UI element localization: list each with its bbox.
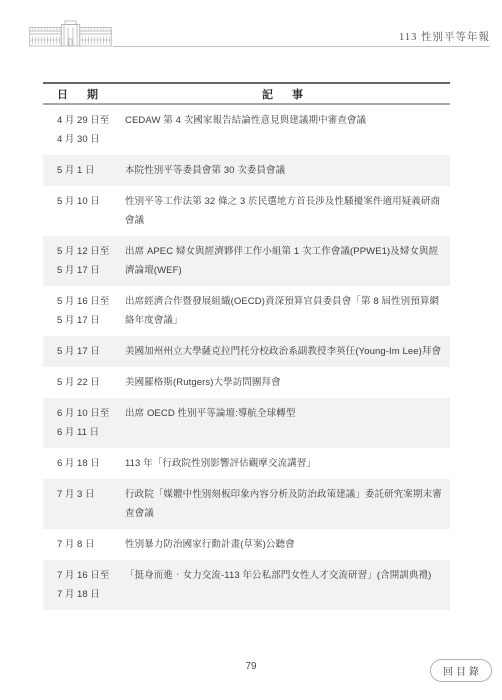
- events-table: 日 期 記 事 4 月 29 日至 4 月 30 日 CEDAW 第 4 次國家…: [43, 82, 450, 610]
- table-row: 7 月 3 日 行政院「媒體中性別刻板印象內容分析及防治政策建議」委託研究案期末…: [43, 479, 450, 529]
- date-cell: 5 月 1 日: [43, 161, 125, 180]
- event-cell: 行政院「媒體中性別刻板印象內容分析及防治政策建議」委託研究案期末審查會議: [125, 485, 450, 523]
- report-title: 113 性別平等年報: [399, 29, 490, 44]
- event-cell: 出席經濟合作暨發展組織(OECD)資深預算官員委員會「第 8 屆性別預算網絡年度…: [125, 292, 450, 330]
- column-header-event: 記 事: [125, 86, 450, 102]
- table-row: 5 月 1 日 本院性別平等委員會第 30 次委員會議: [43, 155, 450, 186]
- event-cell: 出席 APEC 婦女與經濟夥伴工作小組第 1 次工作會議(PPWE1)及婦女與經…: [125, 242, 450, 280]
- event-cell: 「挺身而進‧女力交流-113 年公私部門女性人才交流研習」(含開訓典禮): [125, 566, 450, 604]
- date-cell: 5 月 16 日至 5 月 17 日: [43, 292, 125, 330]
- event-cell: 性別平等工作法第 32 條之 3 於民選地方首長涉及性騷擾案件適用疑義研商會議: [125, 192, 450, 230]
- table-body: 4 月 29 日至 4 月 30 日 CEDAW 第 4 次國家報告結論性意見與…: [43, 105, 450, 610]
- column-header-date: 日 期: [43, 86, 125, 102]
- yearbook-page: 113 性別平等年報 日 期 記 事 4 月 29 日至 4 月 30 日 CE…: [0, 0, 502, 700]
- date-cell: 5 月 12 日至 5 月 17 日: [43, 242, 125, 280]
- date-cell: 4 月 29 日至 4 月 30 日: [43, 111, 125, 149]
- table-row: 7 月 8 日 性別暴力防治國家行動計畫(草案)公聽會: [43, 529, 450, 560]
- date-cell: 7 月 3 日: [43, 485, 125, 523]
- date-cell: 6 月 18 日: [43, 454, 125, 473]
- table-row: 6 月 18 日 113 年「行政院性別影響評估觀摩交流講習」: [43, 448, 450, 479]
- event-cell: 本院性別平等委員會第 30 次委員會議: [125, 161, 450, 180]
- table-row: 5 月 22 日 美國羅格斯(Rutgers)大學訪問團拜會: [43, 367, 450, 398]
- event-cell: 113 年「行政院性別影響評估觀摩交流講習」: [125, 454, 450, 473]
- header-rule: [113, 46, 490, 47]
- event-cell: 性別暴力防治國家行動計畫(草案)公聽會: [125, 535, 450, 554]
- table-row: 5 月 12 日至 5 月 17 日 出席 APEC 婦女與經濟夥伴工作小組第 …: [43, 236, 450, 286]
- date-cell: 7 月 16 日至 7 月 18 日: [43, 566, 125, 604]
- building-logo-icon: [29, 20, 112, 52]
- table-row: 7 月 16 日至 7 月 18 日 「挺身而進‧女力交流-113 年公私部門女…: [43, 560, 450, 610]
- event-cell: 美國羅格斯(Rutgers)大學訪問團拜會: [125, 373, 450, 392]
- table-row: 5 月 16 日至 5 月 17 日 出席經濟合作暨發展組織(OECD)資深預算…: [43, 286, 450, 336]
- back-to-toc-button[interactable]: 回目錄: [430, 659, 492, 682]
- table-header-row: 日 期 記 事: [43, 82, 450, 105]
- table-row: 5 月 10 日 性別平等工作法第 32 條之 3 於民選地方首長涉及性騷擾案件…: [43, 186, 450, 236]
- date-cell: 5 月 22 日: [43, 373, 125, 392]
- event-cell: 美國加州州立大學薩克拉門托分校政治系副教授李英任(Young-Im Lee)拜會: [125, 342, 450, 361]
- date-cell: 5 月 10 日: [43, 192, 125, 230]
- event-cell: CEDAW 第 4 次國家報告結論性意見與建議期中審查會議: [125, 111, 450, 149]
- table-row: 6 月 10 日至 6 月 11 日 出席 OECD 性別平等論壇:導航全球轉型: [43, 398, 450, 448]
- date-cell: 5 月 17 日: [43, 342, 125, 361]
- date-cell: 6 月 10 日至 6 月 11 日: [43, 404, 125, 442]
- event-cell: 出席 OECD 性別平等論壇:導航全球轉型: [125, 404, 450, 442]
- table-row: 5 月 17 日 美國加州州立大學薩克拉門托分校政治系副教授李英任(Young-…: [43, 336, 450, 367]
- date-cell: 7 月 8 日: [43, 535, 125, 554]
- page-number: 79: [0, 661, 502, 672]
- table-row: 4 月 29 日至 4 月 30 日 CEDAW 第 4 次國家報告結論性意見與…: [43, 105, 450, 155]
